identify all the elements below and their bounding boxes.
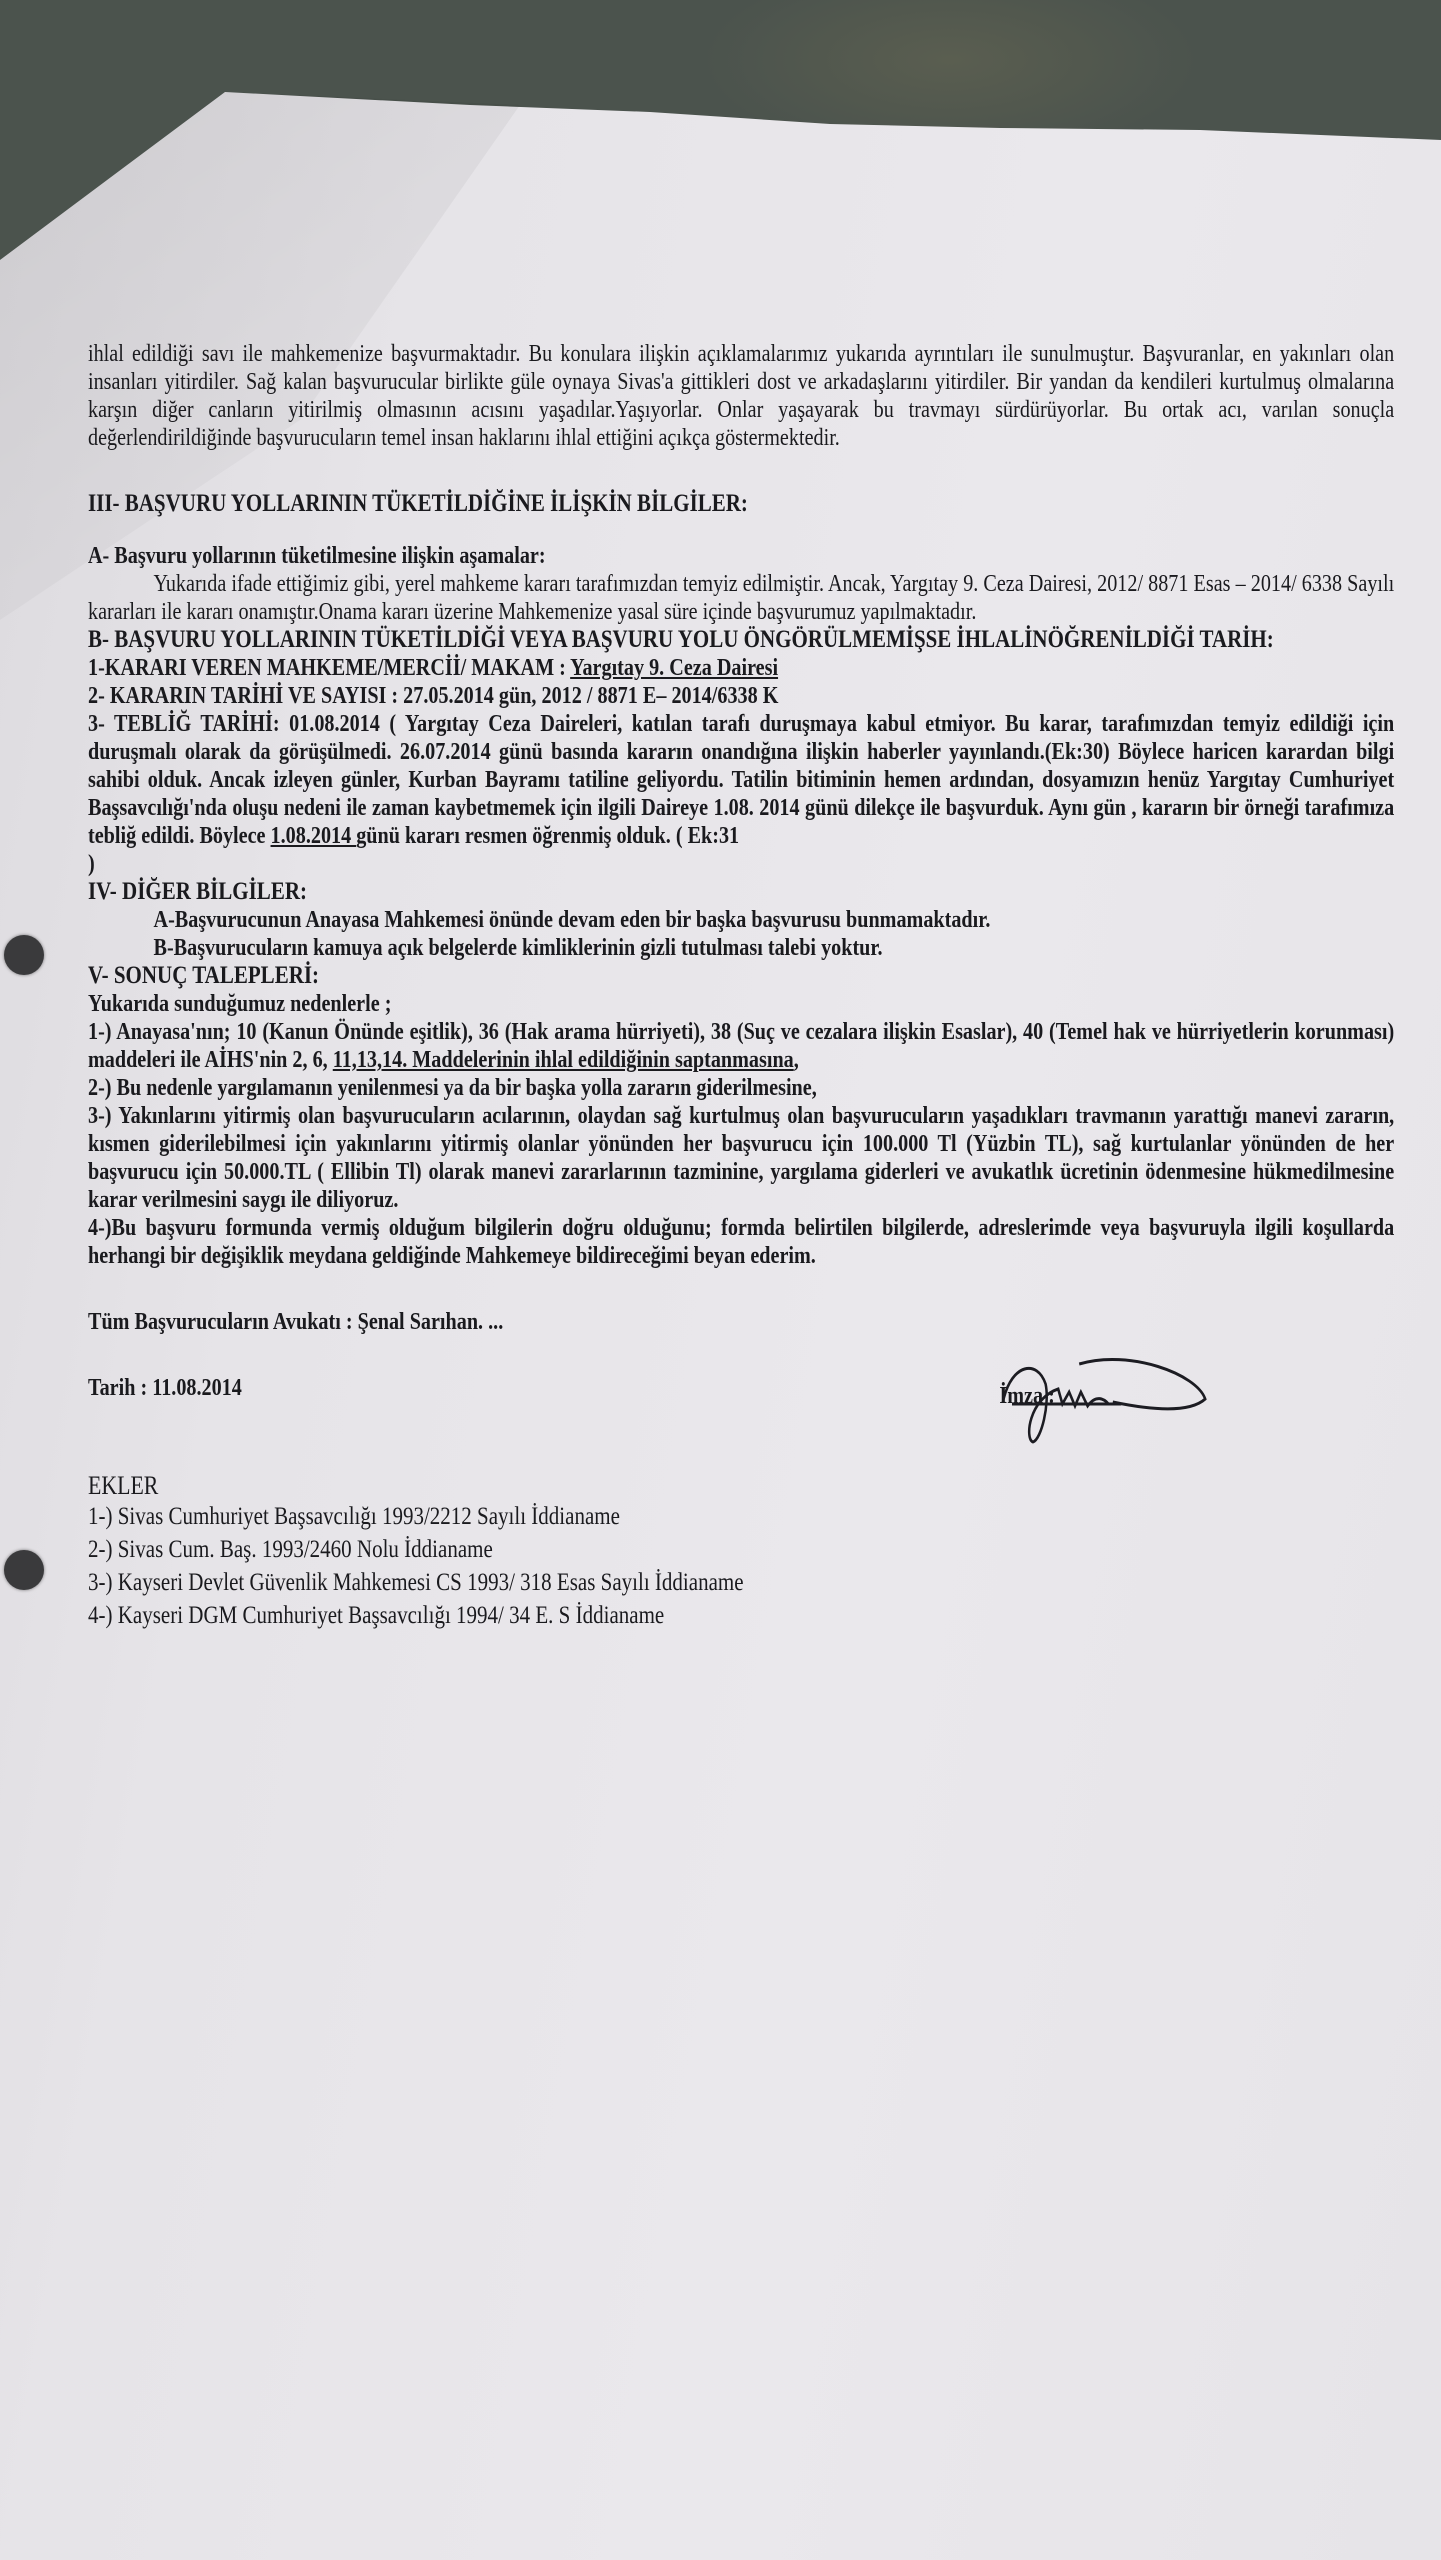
section-4b-text: B-Başvurucuların kamuya açık belgelerde … bbox=[88, 934, 1394, 962]
request-item-3: 3-) Yakınlarını yitirmiş olan başvurucul… bbox=[88, 1102, 1394, 1214]
attachment-item: 3-) Kayseri Devlet Güvenlik Mahkemesi CS… bbox=[88, 1566, 1394, 1599]
attachments-heading: EKLER bbox=[88, 1472, 1394, 1500]
decision-date-label: 2- KARARIN TARİHİ VE SAYISI : bbox=[88, 683, 403, 709]
section-3b-heading: B- BAŞVURU YOLLARININ TÜKETİLDİĞİ VEYA B… bbox=[88, 626, 1394, 654]
section-3a-heading: A- Başvuru yollarının tüketilmesine iliş… bbox=[88, 542, 1394, 570]
attachment-item: 2-) Sivas Cum. Baş. 1993/2460 Nolu İddia… bbox=[88, 1533, 1394, 1566]
section-3a-text: Yukarıda ifade ettiğimiz gibi, yerel mah… bbox=[88, 570, 1394, 626]
request-item-4: 4-)Bu başvuru formunda vermiş olduğum bi… bbox=[88, 1214, 1394, 1270]
section-4-heading: IV- DİĞER BİLGİLER: bbox=[88, 878, 1394, 906]
request-item-1: 1-) Anayasa'nın; 10 (Kanun Önünde eşitli… bbox=[88, 1018, 1394, 1074]
document-body: ihlal edildiği savı ile mahkemenize başv… bbox=[88, 340, 1184, 1632]
decision-court-label: 1-KARARI VEREN MAHKEME/MERCİİ/ MAKAM : bbox=[88, 655, 570, 681]
request-item-1-underlined: 11,13,14. Maddelerinin ihlal edildiğinin… bbox=[333, 1047, 794, 1073]
section-3-heading: III- BAŞVURU YOLLARININ TÜKETİLDİĞİNE İL… bbox=[88, 490, 1394, 518]
signature-icon bbox=[978, 1344, 1230, 1454]
decision-court-line: 1-KARARI VEREN MAHKEME/MERCİİ/ MAKAM : Y… bbox=[88, 654, 1394, 682]
notification-underlined-date: 1.08.2014 bbox=[271, 823, 357, 849]
notification-date-label: 3- TEBLİĞ TARİHİ: bbox=[88, 711, 289, 737]
attachment-item: 4-) Kayseri DGM Cumhuriyet Başsavcılığı … bbox=[88, 1599, 1394, 1632]
request-item-2: 2-) Bu nedenle yargılamanın yenilenmesi … bbox=[88, 1074, 1394, 1102]
decision-date-line: 2- KARARIN TARİHİ VE SAYISI : 27.05.2014… bbox=[88, 682, 1394, 710]
decision-date-value: 27.05.2014 gün, 2012 / 8871 E– 2014/6338… bbox=[403, 683, 778, 709]
intro-paragraph: ihlal edildiği savı ile mahkemenize başv… bbox=[88, 340, 1394, 452]
notification-date-paragraph: 3- TEBLİĞ TARİHİ: 01.08.2014 ( Yargıtay … bbox=[88, 710, 1394, 850]
section-5-heading: V- SONUÇ TALEPLERİ: bbox=[88, 962, 1394, 990]
attachment-item: 1-) Sivas Cumhuriyet Başsavcılığı 1993/2… bbox=[88, 1500, 1394, 1533]
closing-paren: ) bbox=[88, 850, 1394, 878]
section-4a-text: A-Başvurucunun Anayasa Mahkemesi önünde … bbox=[88, 906, 1394, 934]
section-5-lead: Yukarıda sunduğumuz nedenlerle ; bbox=[88, 990, 1394, 1018]
request-item-1-end: , bbox=[794, 1047, 799, 1073]
punch-hole-icon bbox=[4, 1550, 44, 1590]
lawyer-line: Tüm Başvurucuların Avukatı : Şenal Sarıh… bbox=[88, 1308, 1394, 1336]
decision-court-value: Yargıtay 9. Ceza Dairesi bbox=[570, 655, 778, 681]
notification-text-end: günü kararı resmen öğrenmiş olduk. ( Ek:… bbox=[356, 823, 739, 849]
punch-hole-icon bbox=[4, 935, 44, 975]
signature-row: Tarih : 11.08.2014 İmza : bbox=[88, 1374, 1394, 1434]
attachments-list: 1-) Sivas Cumhuriyet Başsavcılığı 1993/2… bbox=[88, 1500, 1394, 1632]
